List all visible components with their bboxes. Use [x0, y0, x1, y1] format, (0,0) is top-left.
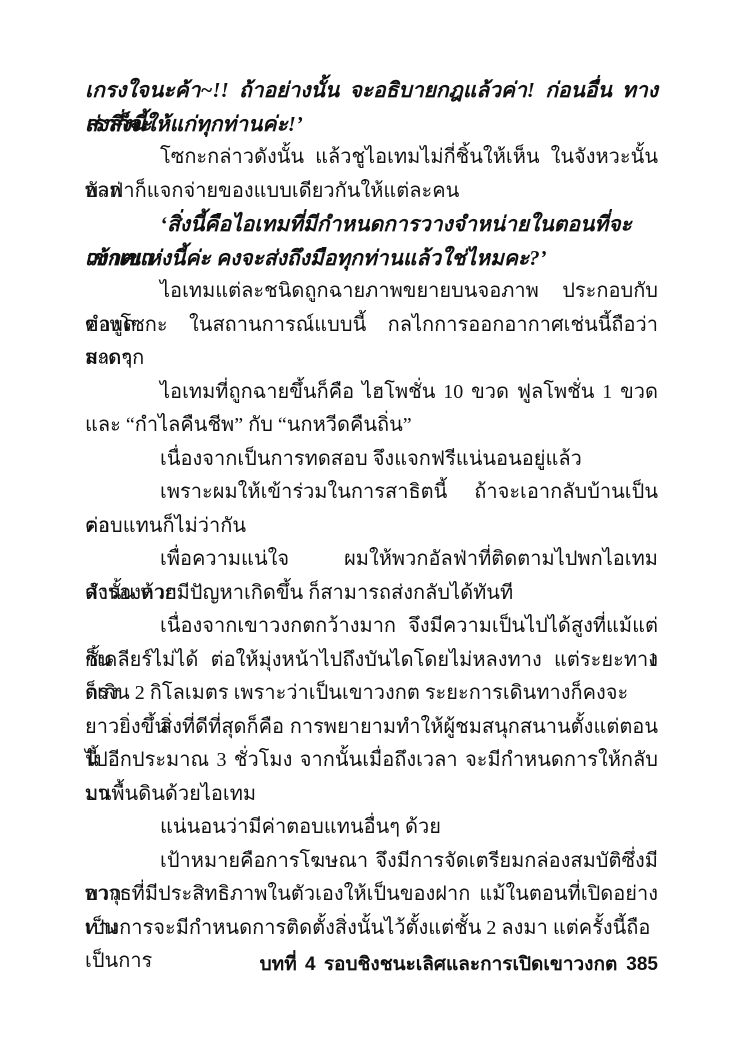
text-line: ไปอีกประมาณ 3 ชั่วโมง จากนั้นเมื่อถึงเวล… [85, 744, 658, 778]
text-line: ดังนั้น หากมีปัญหาเกิดขึ้น ก็สามารถส่งกล… [85, 577, 658, 611]
text-content: เกรงใจนะค้า~!! ถ้าอย่างนั้น จะอธิบายกฎแล… [85, 74, 658, 945]
book-page: เกรงใจนะค้า~!! ถ้าอย่างนั้น จะอธิบายกฎแล… [0, 0, 738, 1051]
chapter-title: บทที่ 4 รอบชิงชนะเลิศและการเปิดเขาวงกต [260, 954, 618, 975]
page-number: 385 [626, 954, 658, 975]
text-line: ของโซกะ ในสถานการณ์แบบนี้ กลไกการออกอากา… [85, 309, 658, 343]
text-line: ไอเทมแต่ละชนิดถูกฉายภาพขยายบนจอภาพ ประกอ… [85, 275, 658, 309]
page-footer: บทที่ 4 รอบชิงชนะเลิศและการเปิดเขาวงกต38… [260, 951, 658, 979]
text-line: และ “กำไลคืนชีพ” กับ “นกหวีดคืนถิ่น” [85, 409, 658, 443]
text-line: เป้าหมายคือการโฆษณา จึงมีการจัดเตรียมกล่… [85, 845, 658, 879]
text-line: ไอเทมที่ถูกฉายขึ้นก็คือ ไฮโพชั่น 10 ขวด … [85, 376, 658, 410]
dialog-text-line: เกรงใจนะค้า~!! ถ้าอย่างนั้น จะอธิบายกฎแล… [85, 74, 658, 108]
text-line: ก็เคลียร์ไม่ได้ ต่อให้มุ่งหน้าไปถึงบันได… [85, 644, 658, 678]
text-line: มากๆ [85, 342, 658, 376]
dialog-text-line: ส่งสิ่งนี้ให้แก่ทุกท่านค่ะ!’ [85, 108, 658, 142]
text-line: เพื่อความแน่ใจ ผมให้พวกอัลฟ่าที่ติดตามไป… [85, 543, 658, 577]
text-line: ก็เกิน 2 กิโลเมตร เพราะว่าเป็นเขาวงกต ระ… [85, 677, 658, 711]
text-line: เนื่องจากเป็นการทดสอบ จึงแจกฟรีแน่นอนอยู… [85, 443, 658, 477]
text-line: ตอบแทนก็ไม่ว่ากัน [85, 510, 658, 544]
text-line: สิ่งที่ดีที่สุดก็คือ การพยายามทำให้ผู้ชม… [85, 711, 658, 745]
text-line: อัลฟ่าก็แจกจ่ายของแบบเดียวกันให้แต่ละคน [85, 175, 658, 209]
text-line: โซกะกล่าวดังนั้น แล้วชูไอเทมไม่กี่ชิ้นให… [85, 141, 658, 175]
text-line: อาวุธที่มีประสิทธิภาพในตัวเองให้เป็นของฝ… [85, 878, 658, 912]
dialog-text-line: วงกตแห่งนี้ค่ะ คงจะส่งถึงมือทุกท่านแล้วใ… [85, 242, 658, 276]
text-line: เพราะผมให้เข้าร่วมในการสาธิตนี้ ถ้าจะเอา… [85, 476, 658, 510]
dialog-text-line: ‘สิ่งนี้คือไอเทมที่มีกำหนดการวางจำหน่ายใ… [85, 208, 658, 242]
text-line: ทางการจะมีกำหนดการติดตั้งสิ่งนั้นไว้ตั้ง… [85, 912, 658, 946]
text-line: บนพื้นดินด้วยไอเทม [85, 778, 658, 812]
text-line: เนื่องจากเขาวงกตกว้างมาก จึงมีความเป็นไป… [85, 610, 658, 644]
text-line: แน่นอนว่ามีค่าตอบแทนอื่นๆ ด้วย [85, 811, 658, 845]
